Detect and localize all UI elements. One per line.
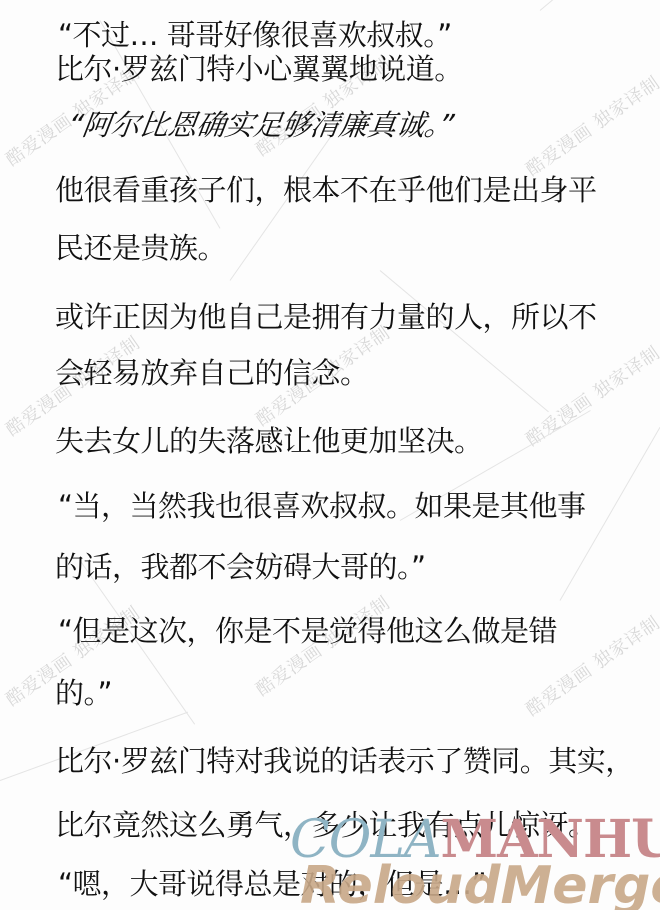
narration-line: 比尔·罗兹门特对我说的话表示了赞同。其实， [55,744,634,778]
narration-line: 他很看重孩子们，根本不在乎他们是出身平 [55,173,597,207]
watermark-text: 酷爱漫画 独家译制 [520,339,660,451]
narration-line: 比尔·罗兹门特小心翼翼地说道。 [55,52,463,86]
watermark-line [540,0,660,11]
dialogue-line: “当，当然我也很喜欢叔叔。如果是其他事 [58,489,586,523]
narration-line: 会轻易放弃自己的信念。 [55,356,369,390]
page: 酷爱漫画 独家译制 酷爱漫画 独家译制 酷爱漫画 独家译制 酷爱漫画 独家译制 … [0,0,660,910]
dialogue-line: 的。” [55,676,112,710]
narration-line: 民还是贵族。 [55,231,226,265]
narration-line: 或许正因为他自己是拥有力量的人，所以不 [55,300,597,334]
narration-line: 比尔竟然这么勇气，多少让我有点儿惊讶。 [55,808,597,842]
watermark-line [380,270,549,412]
dialogue-line: “不过… 哥哥好像很喜欢叔叔。” [58,18,452,52]
dialogue-line-italic: “阿尔比恩确实足够清廉真诚。” [66,108,456,142]
narration-line: 失去女儿的失落感让他更加坚决。 [55,424,483,458]
watermark-text: 酷爱漫画 独家译制 [520,69,660,181]
dialogue-line: “嗯，大哥说得总是对的，但是…” [58,867,486,901]
dialogue-line: “但是这次，你是不是觉得他这么做是错 [58,614,557,648]
dialogue-line: 的话，我都不会妨碍大哥的。” [55,550,426,584]
